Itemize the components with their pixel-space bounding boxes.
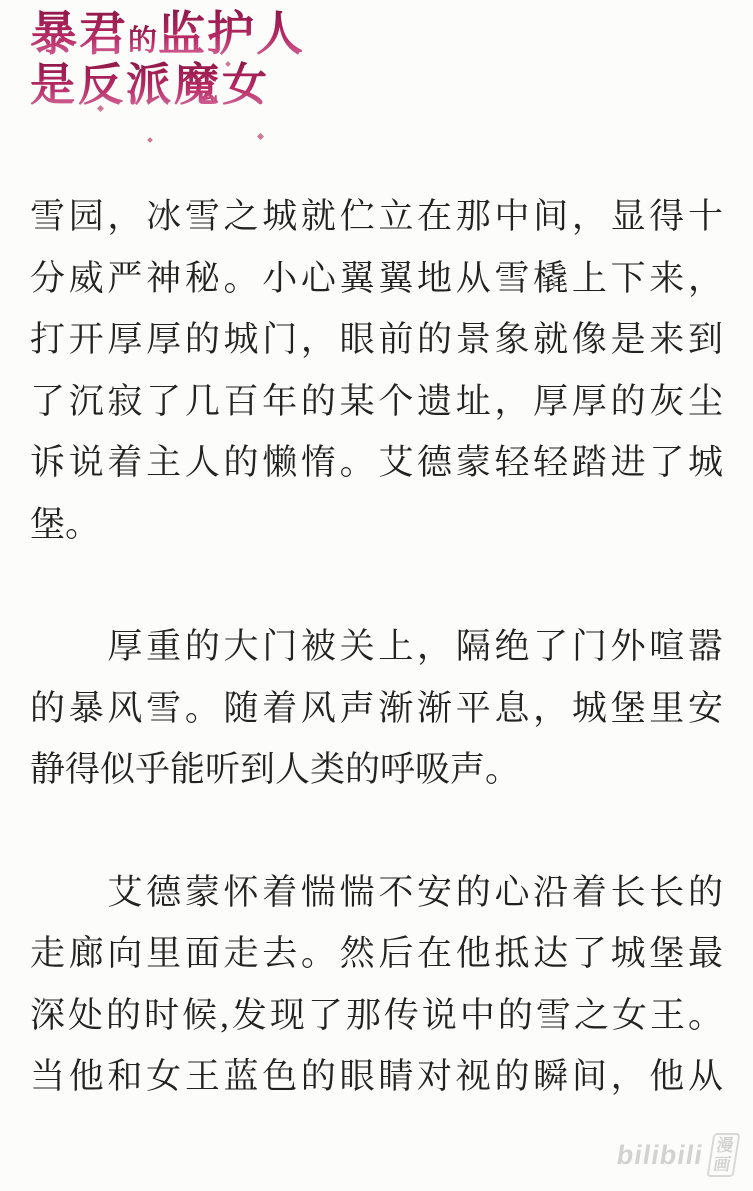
series-title-line2: 是反派魔女 [30, 61, 305, 110]
text-line: 深处的时候,发现了那传说中的雪之女王。 [30, 985, 723, 1047]
bilibili-manga-watermark: bilibili 漫 画 [614, 1133, 741, 1177]
manga-label: 漫 画 [707, 1133, 741, 1177]
paragraph: 雪园，冰雪之城就伫立在那中间，显得十分威严神秘。小心翼翼地从雪橇上下来，打开厚厚… [30, 186, 723, 555]
text-line: 了沉寂了几百年的某个遗址，厚厚的灰尘 [30, 371, 723, 433]
series-title-logo: 暴君的监护人 是反派魔女 [30, 10, 305, 109]
text-line: 诉说着主人的懒惰。艾德蒙轻轻踏进了城 [30, 432, 723, 494]
paragraph: 厚重的大门被关上，隔绝了门外喧嚣的暴风雪。随着风声渐渐平息，城堡里安静得似乎能听… [30, 616, 723, 801]
series-title-segment: 暴君 [30, 9, 128, 61]
text-line: 分威严神秘。小心翼翼地从雪橇上下来， [30, 248, 723, 310]
text-line: 走廊向里面走去。然后在他抵达了城堡最 [30, 923, 723, 985]
chapter-text: 雪园，冰雪之城就伫立在那中间，显得十分威严神秘。小心翼翼地从雪橇上下来，打开厚厚… [30, 186, 723, 1108]
bilibili-logo-text: bilibili [615, 1140, 706, 1171]
series-title-segment: 是反派魔女 [30, 60, 270, 110]
manga-label-char: 漫 [715, 1136, 735, 1155]
text-line: 堡。 [30, 494, 723, 556]
text-line: 静得似乎能听到人类的呼吸声。 [30, 739, 723, 801]
text-line: 当他和女王蓝色的眼睛对视的瞬间，他从 [30, 1046, 723, 1108]
decorative-dot [257, 133, 264, 140]
text-line: 厚重的大门被关上，隔绝了门外喧嚣 [30, 616, 723, 678]
decorative-dot [147, 137, 153, 143]
text-line: 艾德蒙怀着惴惴不安的心沿着长长的 [30, 862, 723, 924]
text-line: 的暴风雪。随着风声渐渐平息，城堡里安 [30, 678, 723, 740]
paragraph: 艾德蒙怀着惴惴不安的心沿着长长的走廊向里面走去。然后在他抵达了城堡最深处的时候,… [30, 862, 723, 1108]
text-line: 打开厚厚的城门，眼前的景象就像是来到 [30, 309, 723, 371]
series-title-segment: 的 [128, 25, 158, 57]
series-title-segment: 监护人 [158, 9, 305, 61]
text-line: 雪园，冰雪之城就伫立在那中间，显得十 [30, 186, 723, 248]
series-title-line1: 暴君的监护人 [30, 10, 305, 61]
manga-label-char: 画 [712, 1155, 732, 1174]
